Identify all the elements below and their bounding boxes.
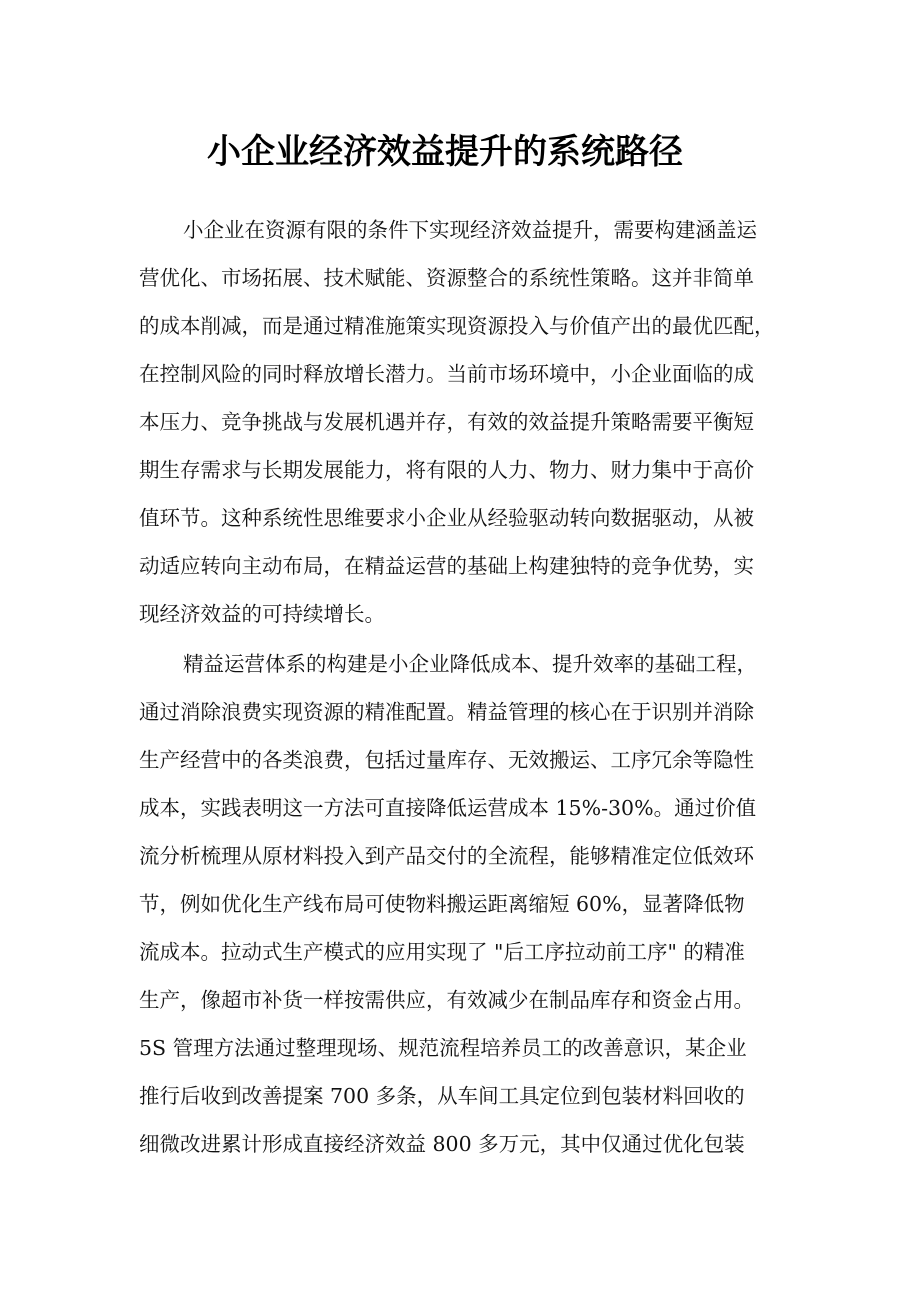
paragraph-line: 现经济效益的可持续增长。 xyxy=(139,600,789,628)
paragraph-line: 细微改进累计形成直接经济效益 800 多万元，其中仅通过优化包装 xyxy=(139,1130,789,1158)
paragraph-line: 期生存需求与长期发展能力，将有限的人力、物力、财力集中于高价 xyxy=(139,456,789,484)
paragraph-line: 精益运营体系的构建是小企业降低成本、提升效率的基础工程， xyxy=(183,650,833,678)
paragraph-line: 的成本削减，而是通过精准施策实现资源投入与价值产出的最优匹配， xyxy=(139,312,789,340)
document-title: 小企业经济效益提升的系统路径 xyxy=(0,128,890,176)
paragraph-line: 动适应转向主动布局，在精益运营的基础上构建独特的竞争优势，实 xyxy=(139,552,789,580)
paragraph-line: 节，例如优化生产线布局可使物料搬运距离缩短 60%，显著降低物 xyxy=(139,890,789,918)
paragraph-line: 营优化、市场拓展、技术赋能、资源整合的系统性策略。这并非简单 xyxy=(139,264,789,292)
paragraph-line: 生产，像超市补货一样按需供应，有效减少在制品库存和资金占用。 xyxy=(139,986,789,1014)
document-page: 小企业经济效益提升的系统路径 小企业在资源有限的条件下实现经济效益提升，需要构建… xyxy=(0,0,920,1302)
paragraph-line: 生产经营中的各类浪费，包括过量库存、无效搬运、工序冗余等隐性 xyxy=(139,746,789,774)
paragraph-line: 推行后收到改善提案 700 多条，从车间工具定位到包装材料回收的 xyxy=(139,1082,789,1110)
paragraph-line: 5S 管理方法通过整理现场、规范流程培养员工的改善意识，某企业 xyxy=(139,1034,789,1062)
paragraph-line: 流分析梳理从原材料投入到产品交付的全流程，能够精准定位低效环 xyxy=(139,842,789,870)
paragraph-line: 小企业在资源有限的条件下实现经济效益提升，需要构建涵盖运 xyxy=(183,216,833,244)
paragraph-line: 本压力、竞争挑战与发展机遇并存，有效的效益提升策略需要平衡短 xyxy=(139,408,789,436)
paragraph-line: 流成本。拉动式生产模式的应用实现了 "后工序拉动前工序" 的精准 xyxy=(139,938,789,966)
paragraph-line: 成本，实践表明这一方法可直接降低运营成本 15%-30%。通过价值 xyxy=(139,794,789,822)
paragraph-line: 值环节。这种系统性思维要求小企业从经验驱动转向数据驱动，从被 xyxy=(139,504,789,532)
paragraph-line: 通过消除浪费实现资源的精准配置。精益管理的核心在于识别并消除 xyxy=(139,698,789,726)
paragraph-line: 在控制风险的同时释放增长潜力。当前市场环境中，小企业面临的成 xyxy=(139,360,789,388)
